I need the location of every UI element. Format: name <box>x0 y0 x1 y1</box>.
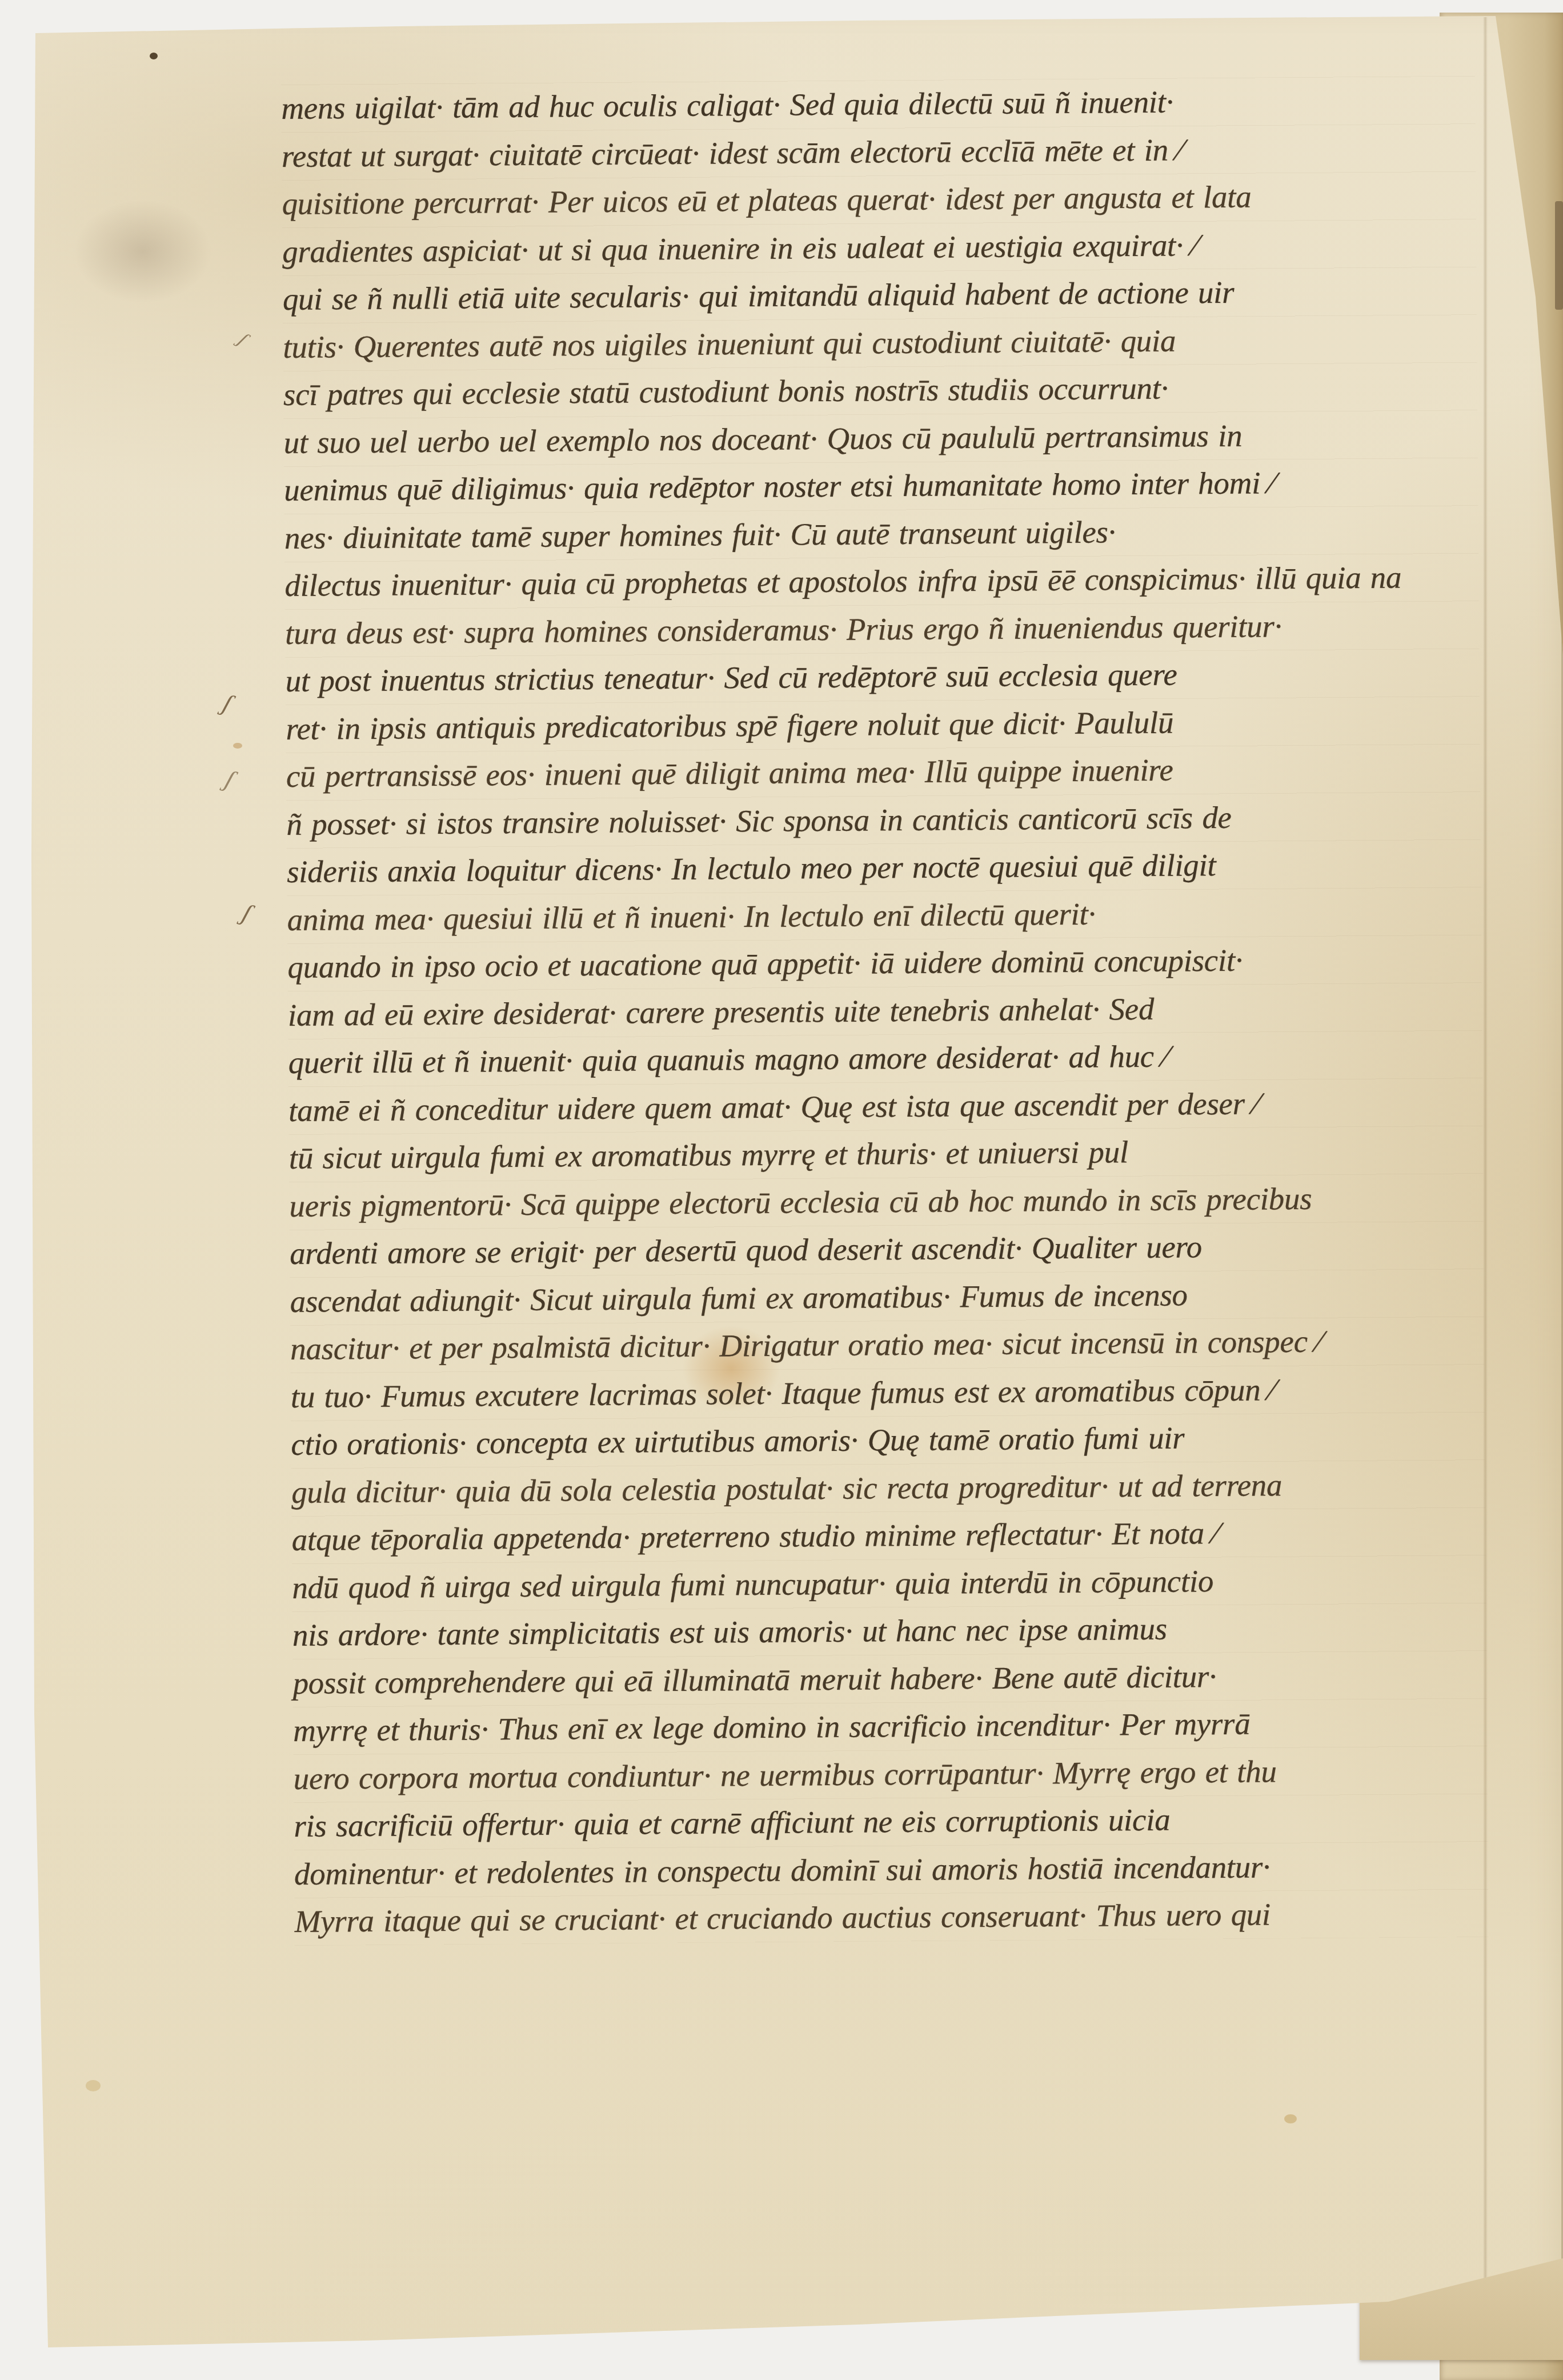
text-line: qui se ñ nulli etiā uite secularis· qui … <box>282 267 1477 323</box>
text-line: cū pertransissē eos· inueni quē diligit … <box>286 744 1481 801</box>
text-line: ueris pigmentorū· Scā quippe electorū ec… <box>289 1173 1484 1230</box>
text-line: dilectus inuenitur· quia cū prophetas et… <box>284 553 1479 610</box>
text-line: anima mea· quesiui illū et ñ inueni· In … <box>287 887 1481 943</box>
stain-speck <box>86 2080 101 2091</box>
margin-nota-mark: ʃ <box>222 764 238 794</box>
stain-speck <box>1284 2114 1297 2123</box>
text-line: tura deus est· supra homines consideramu… <box>285 601 1480 657</box>
text-line: tamē ei ñ conceditur uidere quem amat· Q… <box>288 1078 1483 1134</box>
text-line: ñ posset· si istos transire noluisset· S… <box>286 791 1481 848</box>
margin-nota-mark: ʃ <box>219 688 235 718</box>
text-line: ascendat adiungit· Sicut uirgula fumi ex… <box>290 1269 1484 1325</box>
text-line: uero corpora mortua condiuntur· ne uermi… <box>293 1746 1488 1802</box>
text-line: tu tuo· Fumus excutere lacrimas solet· I… <box>291 1364 1485 1421</box>
text-line: uenimus quē diligimus· quia redēptor nos… <box>284 458 1478 514</box>
text-line: ut suo uel uerbo uel exemplo nos doceant… <box>283 410 1478 466</box>
text-line: nis ardore· tante simplicitatis est uis … <box>292 1603 1487 1659</box>
text-line: restat ut surgat· ciuitatē circūeat· ide… <box>282 123 1476 180</box>
text-line: mens uigilat· tām ad huc oculis caligat·… <box>281 76 1476 133</box>
text-line: Myrra itaque qui se cruciant· et crucian… <box>294 1889 1489 1946</box>
text-block: mens uigilat· tām ad huc oculis caligat·… <box>281 76 1489 1946</box>
text-line: ris sacrificiū offertur· quia et carnē a… <box>294 1794 1488 1850</box>
text-line: iam ad eū exire desiderat· carere presen… <box>288 982 1482 1039</box>
text-line: ut post inuentus strictius teneatur· Sed… <box>285 649 1480 705</box>
text-line: ret· in ipsis antiquis predicatoribus sp… <box>286 696 1480 753</box>
text-line: ndū quod ñ uirga sed uirgula fumi nuncup… <box>292 1555 1486 1611</box>
text-line: gula dicitur· quia dū sola celestia post… <box>291 1459 1486 1516</box>
ink-speck <box>150 53 158 59</box>
parchment-leaf: ʃ ʃ ʃ ʃ mens uigilat· tām ad huc oculis … <box>0 0 1563 2380</box>
text-line: querit illū et ñ inuenit· quia quanuis m… <box>288 1030 1482 1087</box>
text-line: quando in ipso ocio et uacatione quā app… <box>287 935 1482 991</box>
text-line: ctio orationis· concepta ex uirtutibus a… <box>291 1412 1485 1469</box>
text-line: tū sicut uirgula fumi ex aromatibus myrr… <box>288 1126 1483 1182</box>
text-line: quisitione percurrat· Per uicos eū et pl… <box>282 171 1476 228</box>
text-line: possit comprehendere qui eā illuminatā m… <box>292 1650 1487 1707</box>
text-line: dominentur· et redolentes in conspectu d… <box>294 1841 1489 1898</box>
text-line: nascitur· et per psalmistā dicitur· Diri… <box>290 1317 1485 1373</box>
text-line: gradientes aspiciat· ut si qua inuenire … <box>282 219 1477 275</box>
page-edge-shadow <box>1555 201 1563 310</box>
text-line: tutis· Querentes autē nos uigiles inueni… <box>283 314 1477 371</box>
text-line: atque tēporalia appetenda· preterreno st… <box>291 1507 1486 1564</box>
stain-speck <box>233 743 242 749</box>
margin-nota-mark: ʃ <box>239 898 255 927</box>
text-line: scī patres qui ecclesie statū custodiunt… <box>283 362 1478 419</box>
margin-nota-mark: ʃ <box>234 329 251 350</box>
text-line: nes· diuinitate tamē super homines fuit·… <box>284 505 1479 562</box>
parchment-fold <box>1483 17 1488 2337</box>
text-line: myrrę et thuris· Thus enī ex lege domino… <box>293 1698 1488 1755</box>
text-line: ardenti amore se erigit· per desertū quo… <box>290 1221 1484 1278</box>
text-line: sideriis anxia loquitur dicens· In lectu… <box>287 839 1481 896</box>
manuscript-photo: ʃ ʃ ʃ ʃ mens uigilat· tām ad huc oculis … <box>0 0 1563 2380</box>
stain <box>74 200 211 303</box>
